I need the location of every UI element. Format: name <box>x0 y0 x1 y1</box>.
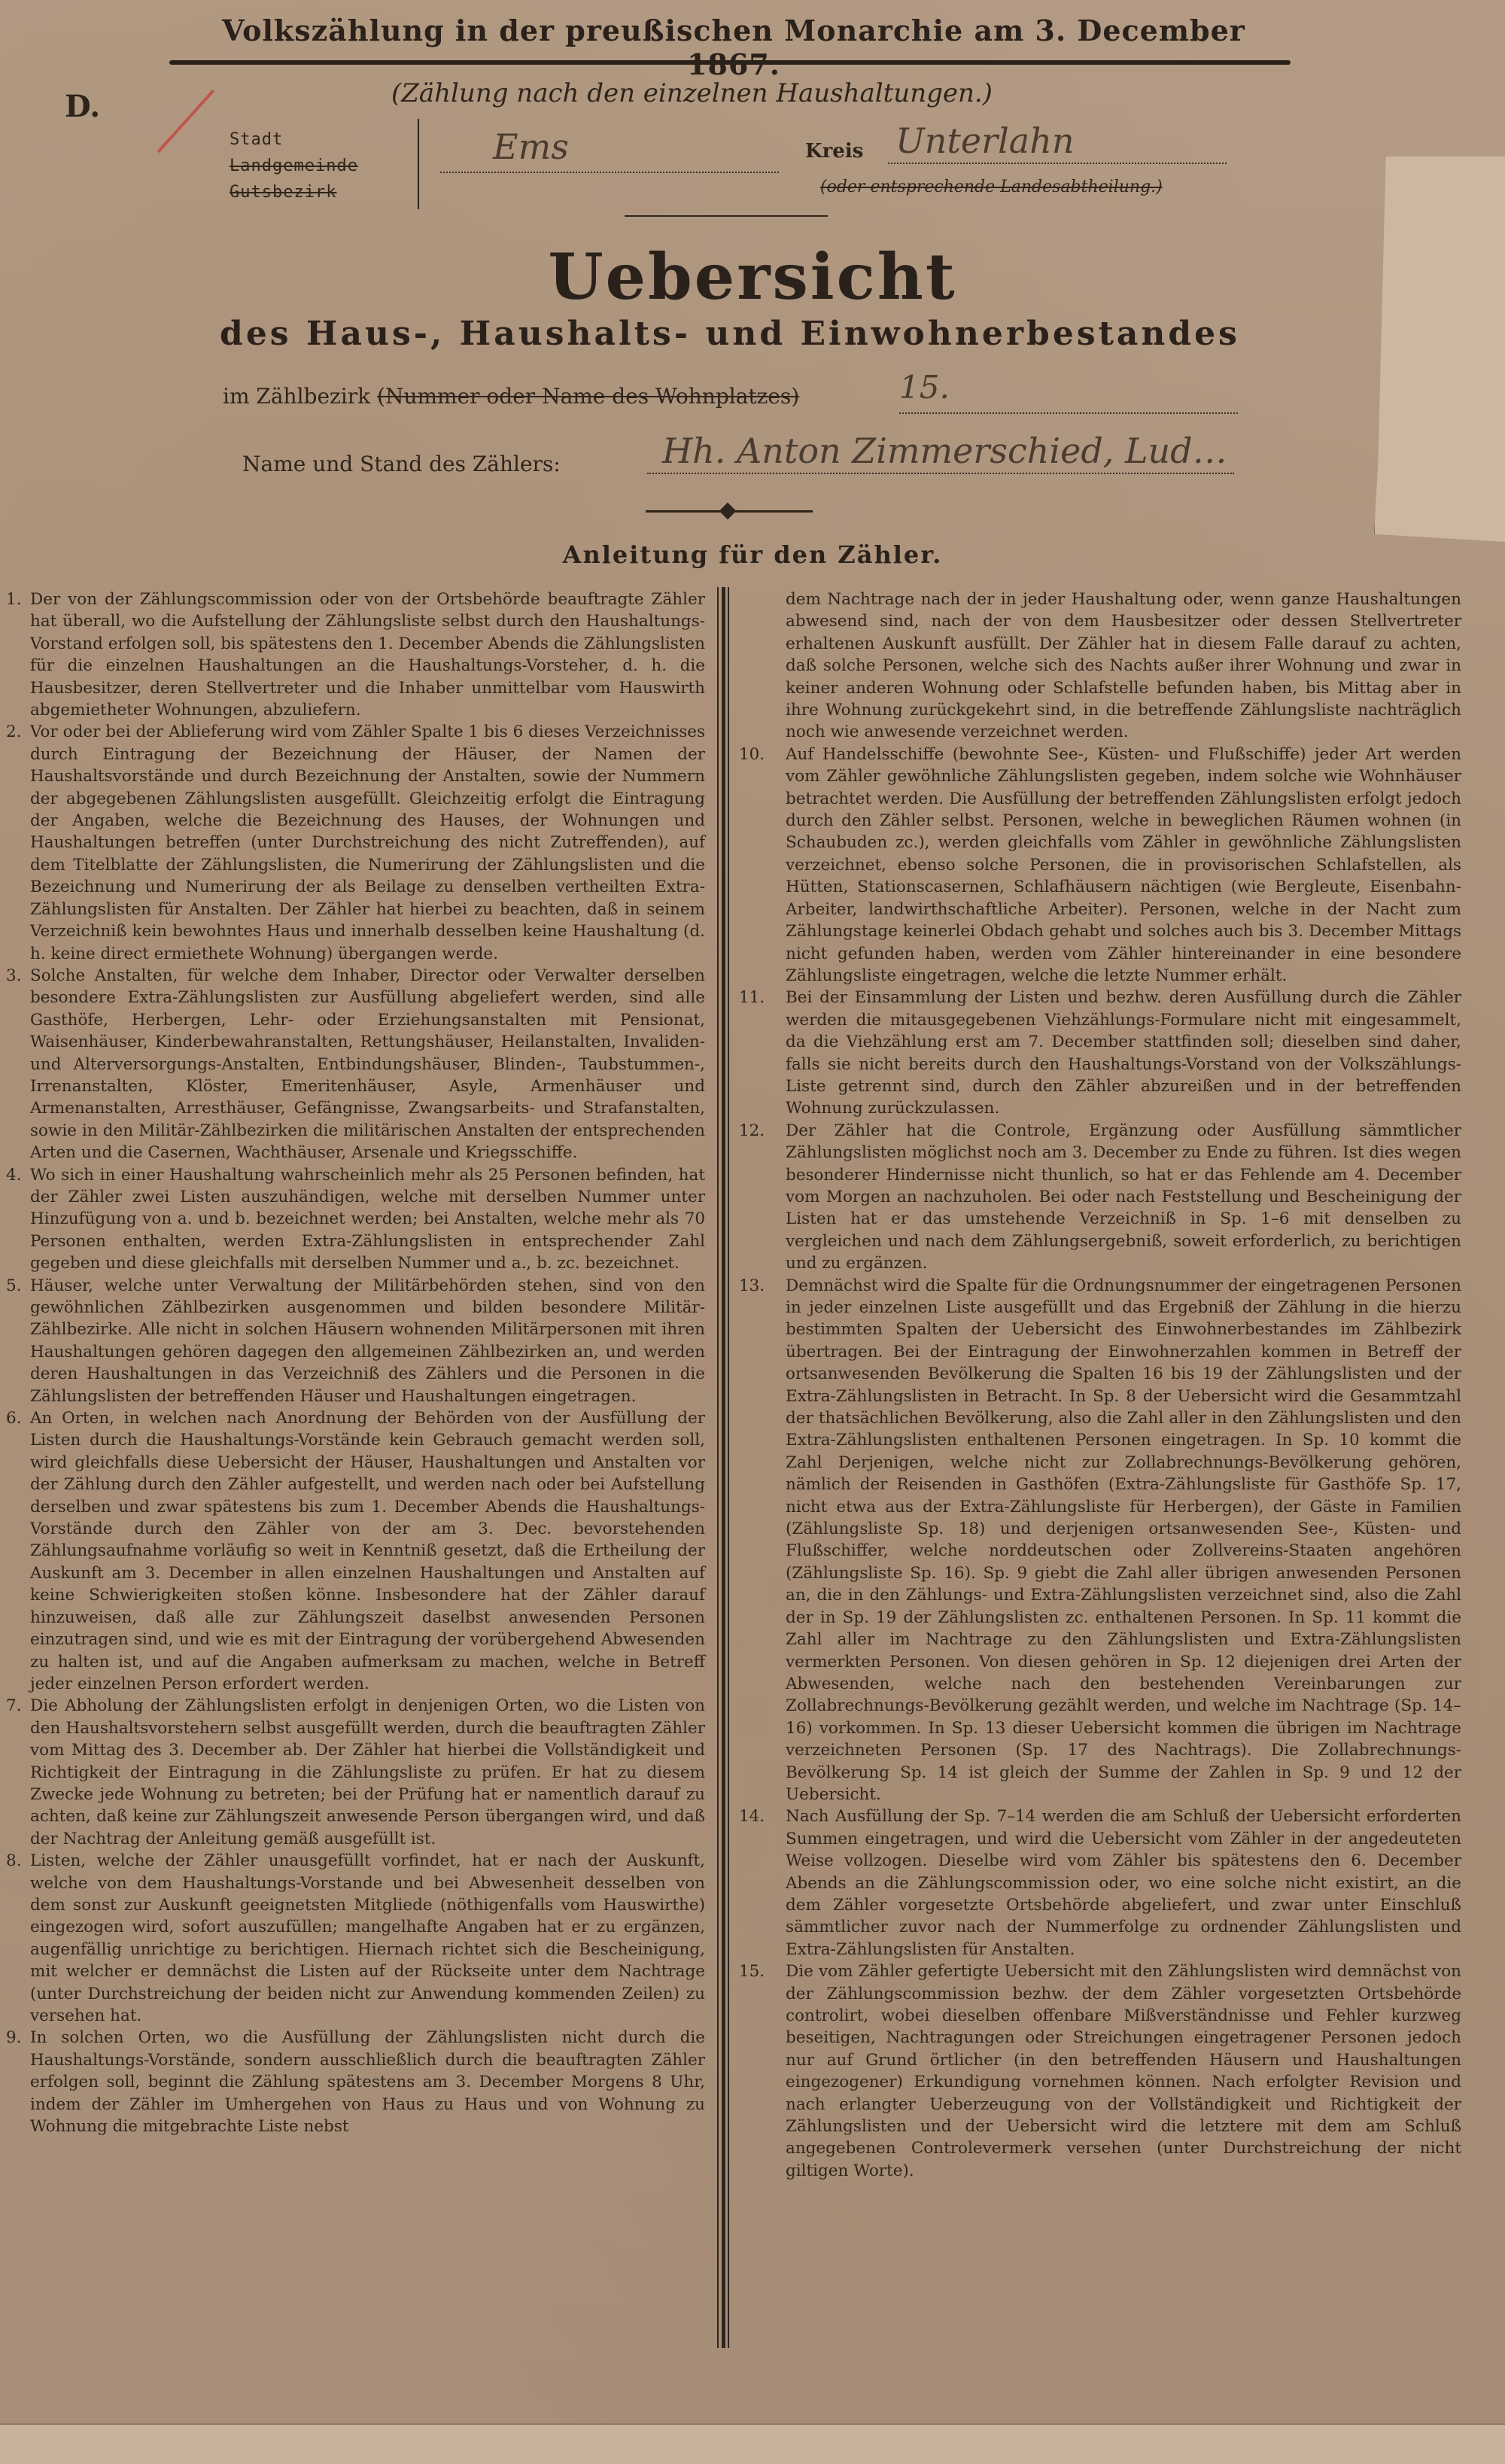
instruction-item: 15.Die vom Zähler gefertigte Uebersicht … <box>739 1961 1461 2182</box>
torn-paper-patch <box>1374 157 1505 542</box>
place-type-gutsbezirk: Gutsbezirk <box>230 179 358 205</box>
form-letter: D. <box>65 89 100 124</box>
instruction-item: 5.Häuser, welche unter Verwaltung der Mi… <box>17 1275 705 1407</box>
ornament-divider <box>646 503 813 519</box>
district-number-field: 15. <box>899 369 950 406</box>
kreis-dotted-line <box>888 163 1227 164</box>
kreis-sublabel: (oder entsprechende Landesabtheilung.) <box>820 178 1163 196</box>
page-bottom-edge <box>0 2423 1505 2464</box>
instruction-item: 9.In solchen Orten, wo die Ausfüllung de… <box>17 2027 705 2137</box>
place-dotted-line <box>440 172 779 173</box>
header-rule-divider <box>169 60 1291 65</box>
instruction-item: 13.Demnächst wird die Spalte für die Ord… <box>739 1275 1461 1806</box>
instruction-item: 6.An Orten, in welchen nach Anordnung de… <box>17 1407 705 1695</box>
district-dotted-line <box>899 412 1238 414</box>
diamond-ornament-icon <box>719 503 737 520</box>
instruction-item: 7.Die Abholung der Zählungslisten erfolg… <box>17 1695 705 1850</box>
kreis-field: Unterlahn <box>895 120 1074 161</box>
place-type-options: Stadt Landgemeinde Gutsbezirk <box>230 126 358 205</box>
instruction-item-continued: dem Nachtrage nach der in jeder Haushalt… <box>739 589 1461 744</box>
instruction-item: 10.Auf Handelsschiffe (bewohnte See-, Kü… <box>739 744 1461 987</box>
place-name-field: Ems <box>493 126 569 167</box>
instructions-right-column: dem Nachtrage nach der in jeder Haushalt… <box>739 589 1461 2182</box>
counter-name-field: Hh. Anton Zimmerschied, Lud… <box>662 430 1227 471</box>
place-type-landgemeinde: Landgemeinde <box>230 153 358 179</box>
instruction-item: 12.Der Zähler hat die Controle, Ergänzun… <box>739 1120 1461 1275</box>
place-type-stadt: Stadt <box>230 126 358 153</box>
instruction-item: 2.Vor oder bei der Ablieferung wird vom … <box>17 721 705 964</box>
short-rule-divider <box>625 215 828 217</box>
counter-dotted-line <box>647 473 1234 474</box>
instruction-item: 11.Bei der Einsammlung der Listen und be… <box>739 987 1461 1119</box>
instructions-left-column: 1.Der von der Zählungscommission oder vo… <box>17 589 705 2137</box>
counter-label: Name und Stand des Zählers: <box>242 452 561 476</box>
district-row: im Zählbezirk (Nummer oder Name des Wohn… <box>223 384 799 409</box>
form-subtitle: (Zählung nach den einzelnen Haushaltunge… <box>391 78 993 108</box>
instructions-title: Anleitung für den Zähler. <box>0 540 1505 569</box>
instruction-item: 3.Solche Anstalten, für welche dem Inhab… <box>17 965 705 1164</box>
brace-bracket <box>418 119 428 209</box>
instruction-item: 8.Listen, welche der Zähler unausgefüllt… <box>17 1850 705 2027</box>
instruction-item: 14.Nach Ausfüllung der Sp. 7–14 werden d… <box>739 1805 1461 1961</box>
district-prefix: im Zählbezirk <box>223 384 370 409</box>
main-subtitle: des Haus-, Haushalts- und Einwohnerbesta… <box>128 315 1332 353</box>
kreis-label: Kreis <box>805 140 863 163</box>
main-title: Uebersicht <box>0 239 1505 314</box>
district-struck-label: (Nummer oder Name des Wohnplatzes) <box>377 384 799 409</box>
column-divider-rule <box>717 587 729 2348</box>
instruction-item: 4.Wo sich in einer Haushaltung wahrschei… <box>17 1164 705 1275</box>
header-title: Volkszählung in der preußischen Monarchi… <box>181 14 1287 81</box>
instruction-item: 1.Der von der Zählungscommission oder vo… <box>17 589 705 721</box>
